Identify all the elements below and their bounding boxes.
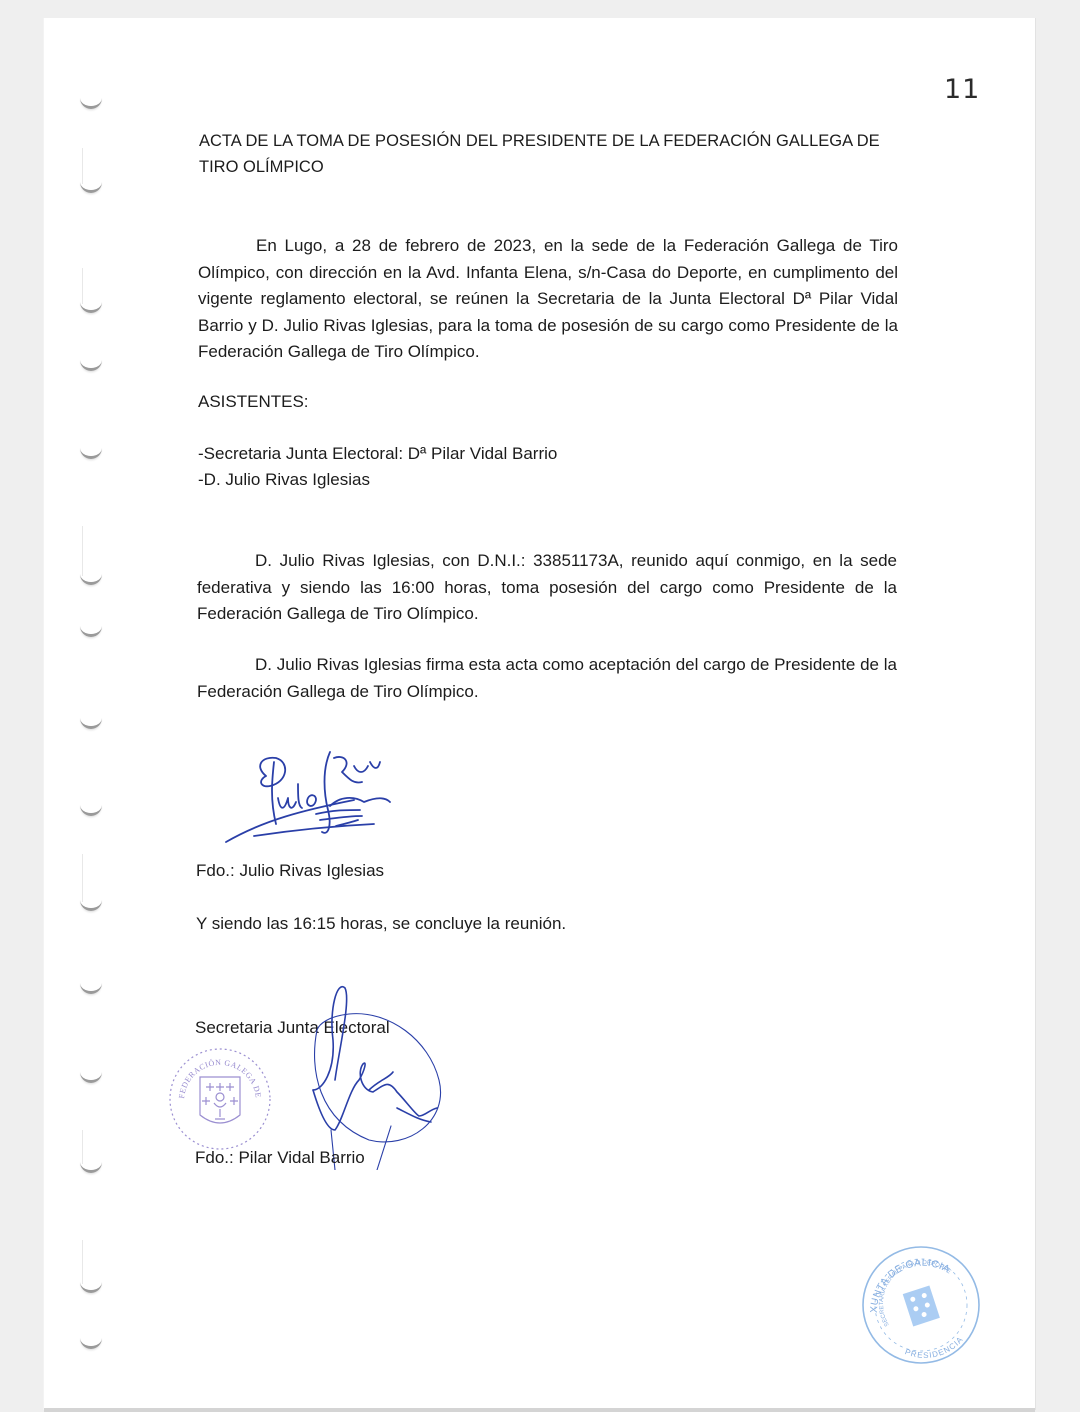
secretary-signature (269, 980, 449, 1170)
attendee-item: -Secretaria Junta Electoral: Dª Pilar Vi… (198, 441, 557, 468)
acceptance-paragraph: D. Julio Rivas Iglesias firma esta acta … (197, 652, 897, 705)
binder-hole-mark (80, 526, 102, 586)
binder-hole-mark (80, 716, 102, 730)
attendee-item: -D. Julio Rivas Iglesias (198, 467, 370, 494)
document-title: ACTA DE LA TOMA DE POSESIÓN DEL PRESIDEN… (199, 128, 899, 180)
closing-statement: Y siendo las 16:15 horas, se concluye la… (196, 911, 566, 938)
president-signed-label: Fdo.: Julio Rivas Iglesias (196, 858, 384, 885)
binder-hole-mark (80, 446, 102, 460)
binder-hole-mark (80, 1070, 102, 1084)
page-bottom-edge (44, 1408, 1035, 1412)
document-page: 11 ACTA DE LA TOMA DE POSESIÓN DEL PRESI… (44, 18, 1035, 1410)
page-number: 11 (944, 74, 980, 105)
binder-hole-mark (80, 1240, 102, 1294)
federation-stamp-icon: FEDERACIÓN GALEGA DE TIRO OLÍMPICO (164, 1043, 274, 1153)
binder-hole-mark (80, 624, 102, 638)
xunta-stamp-icon: XUNTA DE GALICIA SECRETARÍA XERAL PARA O… (859, 1243, 984, 1368)
binder-hole-mark (80, 854, 102, 912)
binder-hole-mark (80, 1130, 102, 1174)
binder-hole-mark (80, 358, 102, 372)
attendees-heading: ASISTENTES: (198, 389, 309, 416)
intro-paragraph: En Lugo, a 28 de febrero de 2023, en la … (198, 233, 898, 366)
binder-hole-mark (80, 803, 102, 817)
president-signature (224, 740, 404, 844)
svg-text:PRESIDENCIA: PRESIDENCIA (904, 1335, 965, 1360)
svg-text:FEDERACIÓN GALEGA DE TIRO OLÍM: FEDERACIÓN GALEGA DE TIRO OLÍMPICO (164, 1043, 263, 1101)
binder-hole-mark (80, 1336, 102, 1350)
secretary-signed-label: Fdo.: Pilar Vidal Barrio (195, 1145, 365, 1172)
binder-hole-mark (80, 148, 102, 194)
binder-hole-mark (80, 981, 102, 995)
possession-paragraph: D. Julio Rivas Iglesias, con D.N.I.: 338… (197, 548, 897, 628)
binder-hole-mark (80, 268, 102, 314)
binder-hole-mark (80, 96, 102, 110)
